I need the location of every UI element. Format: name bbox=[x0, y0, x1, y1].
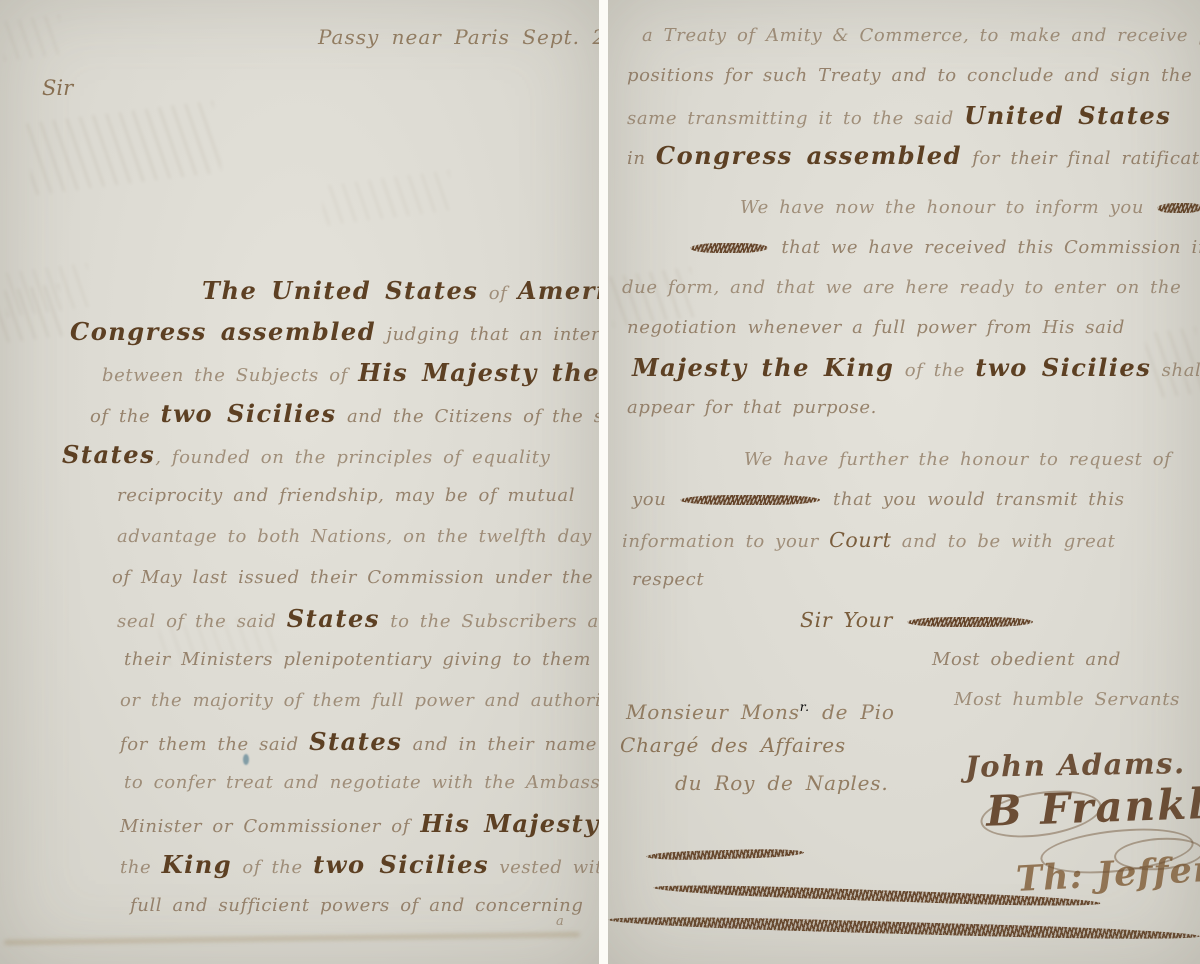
text-segment: and the Citizens of the said bbox=[337, 406, 634, 427]
text-segment: two Sicilies bbox=[161, 399, 337, 428]
text-segment: United States bbox=[964, 101, 1171, 130]
manuscript-line: or the majority of them full power and a… bbox=[62, 680, 592, 721]
text-segment: and to be with great bbox=[891, 531, 1115, 552]
text-segment: to the Subscribers as bbox=[380, 611, 609, 632]
manuscript-line: seal of the said States to the Subscribe… bbox=[62, 598, 592, 639]
bleedthrough-mark bbox=[24, 101, 221, 196]
manuscript-line: Monsieur Monsr. de Pio bbox=[620, 688, 895, 726]
manuscript-line: The United States of America in bbox=[62, 270, 592, 311]
manuscript-line: to confer treat and negotiate with the A… bbox=[62, 762, 592, 803]
text-segment: Chargé des Affaires bbox=[620, 733, 846, 757]
manuscript-line: We have further the honour to request of bbox=[622, 440, 1192, 480]
recipient-address-block: Monsieur Monsr. de PioChargé des Affaire… bbox=[620, 688, 895, 802]
page2-body-text: a Treaty of Amity & Commerce, to make an… bbox=[622, 16, 1192, 720]
inked-out-text bbox=[679, 495, 821, 505]
text-segment: Court bbox=[829, 528, 891, 552]
text-segment: advantage to both Nations, on the twelft… bbox=[117, 526, 592, 547]
page1-body-text: The United States of America inCongress … bbox=[62, 270, 592, 926]
manuscript-line: States, founded on the principles of equ… bbox=[62, 434, 592, 475]
manuscript-line: full and sufficient powers of and concer… bbox=[62, 885, 592, 926]
manuscript-line: positions for such Treaty and to conclud… bbox=[622, 56, 1192, 96]
text-segment: for their final ratification. bbox=[962, 148, 1200, 169]
text-segment: respect bbox=[632, 569, 704, 590]
text-segment: two Sicilies bbox=[975, 353, 1151, 382]
text-segment: Most obedient and bbox=[932, 649, 1121, 670]
bleedthrough-mark bbox=[0, 14, 64, 61]
manuscript-line: Congress assembled judging that an inter… bbox=[62, 311, 592, 352]
manuscript-line: the King of the two Sicilies vested with bbox=[62, 844, 592, 885]
manuscript-line: between the Subjects of His Majesty the … bbox=[62, 352, 592, 393]
text-segment: same transmitting it to the said bbox=[627, 108, 964, 129]
text-segment: information to your bbox=[622, 531, 829, 552]
text-segment: two Sicilies bbox=[313, 850, 489, 879]
text-segment: reciprocity and friendship, may be of mu… bbox=[117, 485, 575, 506]
manuscript-line: of the two Sicilies and the Citizens of … bbox=[62, 393, 592, 434]
text-segment: or the majority of them full power and a… bbox=[120, 690, 624, 711]
manuscript-line: Most obedient and bbox=[622, 640, 1192, 680]
text-segment: between the Subjects of bbox=[102, 365, 358, 386]
letter-page-2: a Treaty of Amity & Commerce, to make an… bbox=[608, 0, 1200, 964]
text-segment: of the bbox=[894, 360, 975, 381]
text-segment: States bbox=[287, 604, 380, 633]
text-segment: States bbox=[309, 727, 402, 756]
text-segment: Passy near Paris Sept. 22 bbox=[318, 25, 620, 49]
ink-blot bbox=[243, 754, 249, 765]
signature-b-franklin: B Franklin bbox=[985, 777, 1200, 835]
text-segment: that we have received this Commission in bbox=[771, 237, 1200, 258]
inked-out-text bbox=[689, 243, 769, 253]
manuscript-letter-scan: Passy near Paris Sept. 22d. '84 Sir The … bbox=[0, 0, 1200, 964]
text-segment: Majesty the King bbox=[632, 353, 894, 382]
manuscript-line: reciprocity and friendship, may be of mu… bbox=[62, 475, 592, 516]
manuscript-line: due form, and that we are here ready to … bbox=[622, 268, 1192, 308]
text-segment: King bbox=[162, 850, 233, 879]
manuscript-line: that we have received this Commission in bbox=[622, 228, 1192, 268]
manuscript-line: We have now the honour to inform you bbox=[622, 188, 1192, 228]
inked-out-text bbox=[906, 617, 1034, 627]
salutation: Sir bbox=[42, 76, 73, 100]
text-segment: Sir Your bbox=[800, 608, 904, 632]
text-segment: of the bbox=[232, 857, 313, 878]
text-segment: negotiation whenever a full power from H… bbox=[627, 317, 1125, 338]
letter-page-1: Passy near Paris Sept. 22d. '84 Sir The … bbox=[0, 0, 599, 964]
manuscript-line: of May last issued their Commission unde… bbox=[62, 557, 592, 598]
manuscript-line: a Treaty of Amity & Commerce, to make an… bbox=[622, 16, 1192, 56]
text-segment: Monsieur Mons bbox=[626, 700, 800, 724]
text-segment: We have further the honour to request of bbox=[744, 449, 1171, 470]
manuscript-line: you that you would transmit this bbox=[622, 480, 1192, 520]
faded-strikethrough bbox=[4, 932, 580, 945]
manuscript-line: Chargé des Affaires bbox=[620, 726, 895, 764]
signature-john-adams: John Adams. bbox=[965, 746, 1186, 784]
manuscript-line: negotiation whenever a full power from H… bbox=[622, 308, 1192, 348]
text-segment: positions for such Treaty and to conclud… bbox=[627, 65, 1192, 86]
text-segment: shall bbox=[1151, 360, 1200, 381]
page-gutter bbox=[599, 0, 608, 964]
text-segment: for them the said bbox=[120, 734, 309, 755]
manuscript-line: their Ministers plenipotentiary giving t… bbox=[62, 639, 592, 680]
manuscript-line: appear for that purpose. bbox=[622, 388, 1192, 428]
text-segment: His Majesty bbox=[420, 809, 600, 838]
text-segment: appear for that purpose. bbox=[627, 397, 877, 418]
inked-out-line bbox=[608, 914, 1200, 943]
manuscript-line: du Roy de Naples. bbox=[620, 764, 895, 802]
inked-out-line bbox=[646, 848, 804, 861]
text-segment: Most humble Servants bbox=[954, 689, 1180, 710]
text-segment: that you would transmit this bbox=[823, 489, 1125, 510]
text-segment: in bbox=[627, 148, 656, 169]
manuscript-line: Minister or Commissioner of His Majesty bbox=[62, 803, 592, 844]
manuscript-line: advantage to both Nations, on the twelft… bbox=[62, 516, 592, 557]
catchword: a bbox=[556, 914, 564, 929]
bleedthrough-mark bbox=[0, 284, 65, 344]
text-segment: the bbox=[120, 857, 162, 878]
text-segment: full and sufficient powers of and concer… bbox=[130, 895, 584, 916]
text-segment: to confer treat and negotiate with the A… bbox=[124, 772, 644, 793]
manuscript-line: Majesty the King of the two Sicilies sha… bbox=[622, 348, 1192, 388]
bleedthrough-mark bbox=[320, 170, 454, 226]
text-segment: of May last issued their Commission unde… bbox=[112, 567, 593, 588]
manuscript-line: same transmitting it to the said United … bbox=[622, 96, 1192, 136]
text-segment: Congress assembled bbox=[70, 317, 376, 346]
text-segment: their Ministers plenipotentiary giving t… bbox=[124, 649, 591, 670]
text-segment: you bbox=[632, 489, 677, 510]
text-segment: Minister or Commissioner of bbox=[120, 816, 420, 837]
inked-out-text bbox=[1156, 203, 1200, 213]
text-segment: We have now the honour to inform you bbox=[740, 197, 1154, 218]
text-segment: The United States bbox=[202, 276, 478, 305]
text-segment: vested with bbox=[489, 857, 615, 878]
text-segment: r. bbox=[800, 699, 810, 714]
signature-th-jefferson: Th: Jefferson bbox=[1015, 845, 1200, 900]
text-segment: States bbox=[62, 440, 155, 469]
manuscript-line: Sir Your bbox=[622, 600, 1192, 640]
manuscript-line: respect bbox=[622, 560, 1192, 600]
manuscript-line: information to your Court and to be with… bbox=[622, 520, 1192, 560]
text-segment: seal of the said bbox=[117, 611, 287, 632]
text-segment: de Pio bbox=[810, 700, 895, 724]
text-segment: du Roy de Naples. bbox=[675, 771, 888, 795]
text-segment: of bbox=[478, 283, 517, 304]
text-segment: , founded on the principles of equality bbox=[155, 447, 550, 468]
text-segment: and in their name bbox=[402, 734, 597, 755]
manuscript-line: for them the said States and in their na… bbox=[62, 721, 592, 762]
text-segment: due form, and that we are here ready to … bbox=[622, 277, 1181, 298]
text-segment: a Treaty of Amity & Commerce, to make an… bbox=[642, 25, 1200, 46]
text-segment: of the bbox=[90, 406, 161, 427]
manuscript-line: in Congress assembled for their final ra… bbox=[622, 136, 1192, 176]
text-segment: Congress assembled bbox=[656, 141, 962, 170]
